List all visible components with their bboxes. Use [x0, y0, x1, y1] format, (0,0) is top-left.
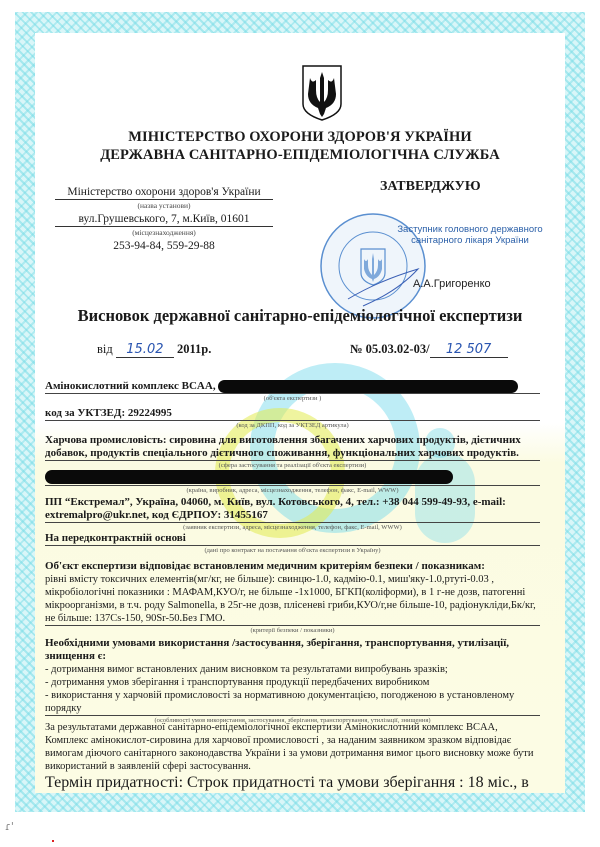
field-applicant: ПП “Екстремал”, Україна, 04060, м. Київ,… — [45, 496, 540, 531]
conditions-item: - дотримання вимог встановлених даним ви… — [45, 663, 540, 676]
institution-phones: 253-94-84, 559-29-88 — [55, 240, 273, 252]
field-code: код за УКТЗЕД: 29224995 (код за ДКПП, ко… — [45, 407, 540, 429]
date-handwritten: 15.02 — [116, 342, 174, 358]
signer-position: Заступник головного державного санітарно… — [380, 224, 560, 246]
conclusion-text: За результатами державної санітарно-епід… — [45, 721, 540, 773]
signer-name: А.А.Григоренко — [413, 278, 491, 290]
conditions-item: - використання у харчовій промисловості … — [45, 689, 540, 715]
field-contract: На передконтрактній основі (дані про кон… — [45, 532, 540, 554]
approve-label: ЗАТВЕРДЖУЮ — [380, 179, 481, 195]
field-criteria: Об'єкт експертизи відповідає встановлени… — [45, 560, 540, 634]
scan-artifact — [52, 840, 54, 842]
redaction-bar — [45, 470, 453, 484]
institution-name: Міністерство охорони здоров'я України — [55, 186, 273, 200]
document-title: Висновок державної санітарно-епідеміолог… — [35, 306, 565, 326]
conditions-item: - дотримання умов зберігання і транспорт… — [45, 676, 540, 689]
shelf-life-text: Термін придатності: Строк придатності та… — [45, 774, 540, 793]
field-object: Амінокислотний комплекс BCAA, (об'єкта е… — [45, 380, 540, 402]
ministry-name: МІНІСТЕРСТВО ОХОРОНИ ЗДОРОВ'Я УКРАЇНИ — [35, 129, 565, 146]
conditions-list: - дотримання вимог встановлених даним ви… — [45, 663, 540, 716]
institution-address-caption: (місцезнаходження) — [55, 228, 273, 237]
institution-address: вул.Грушевського, 7, м.Київ, 01601 — [55, 213, 273, 227]
number-handwritten: 12 507 — [430, 342, 508, 358]
service-name: ДЕРЖАВНА САНІТАРНО-ЕПІДЕМІОЛОГІЧНА СЛУЖБ… — [35, 147, 565, 164]
field-conditions: Необхідними умовами використання /застос… — [45, 637, 540, 724]
field-manufacturer: (країна, виробник, адреса, місцезнаходже… — [45, 470, 540, 494]
institution-name-caption: (назва установи) — [55, 201, 273, 210]
institution-block: Міністерство охорони здоров'я України (н… — [55, 186, 273, 252]
redaction-bar — [218, 380, 518, 393]
document-date: від 15.02 2011р. — [97, 342, 211, 358]
document-page: МІНІСТЕРСТВО ОХОРОНИ ЗДОРОВ'Я УКРАЇНИ ДЕ… — [35, 33, 565, 793]
scan-mark: ɾ' — [5, 820, 14, 833]
trident-coat-of-arms-icon — [300, 64, 344, 122]
security-border-frame: МІНІСТЕРСТВО ОХОРОНИ ЗДОРОВ'Я УКРАЇНИ ДЕ… — [15, 12, 585, 812]
document-number: № 05.03.02-03/12 507 — [350, 342, 508, 358]
field-scope: Харчова промисловість: сировина для виго… — [45, 434, 540, 469]
